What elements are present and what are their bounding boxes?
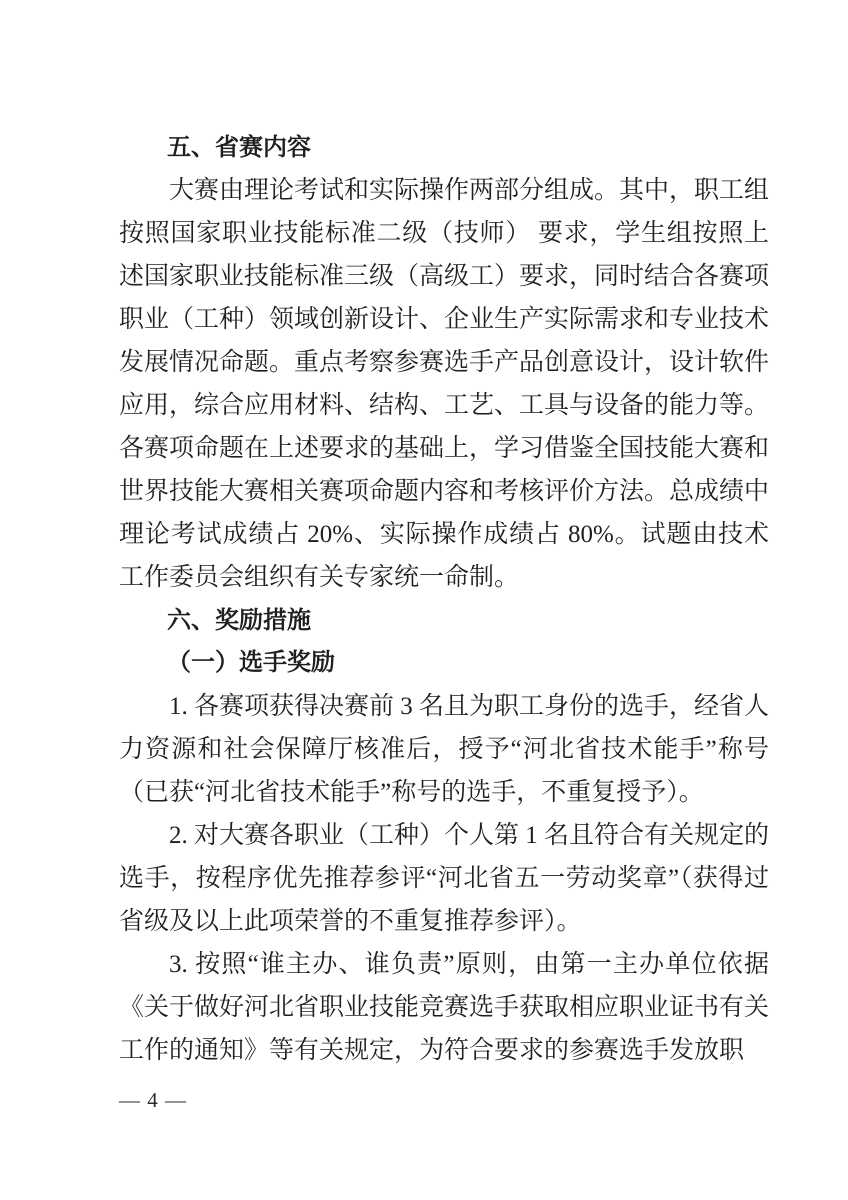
paragraph-reward-item-3: 3. 按照“谁主办、谁负责”原则，由第一主办单位依据《关于做好河北省职业技能竞赛… — [119, 943, 769, 1072]
paragraph-competition-content: 大赛由理论考试和实际操作两部分组成。其中，职工组按照国家职业技能标准二级（技师）… — [119, 169, 769, 599]
section-heading-provincial-competition-content: 五、省赛内容 — [119, 126, 769, 169]
document-body: 五、省赛内容 大赛由理论考试和实际操作两部分组成。其中，职工组按照国家职业技能标… — [119, 126, 769, 1072]
page-number: — 4 — — [119, 1087, 187, 1113]
section-heading-reward-measures: 六、奖励措施 — [119, 599, 769, 642]
paragraph-reward-item-1: 1. 各赛项获得决赛前 3 名且为职工身份的选手，经省人力资源和社会保障厅核准后… — [119, 685, 769, 814]
document-page: 五、省赛内容 大赛由理论考试和实际操作两部分组成。其中，职工组按照国家职业技能标… — [0, 0, 848, 1200]
paragraph-reward-item-2: 2. 对大赛各职业（工种）个人第 1 名且符合有关规定的选手，按程序优先推荐参评… — [119, 814, 769, 943]
subsection-heading-contestant-rewards: （一）选手奖励 — [119, 642, 769, 685]
